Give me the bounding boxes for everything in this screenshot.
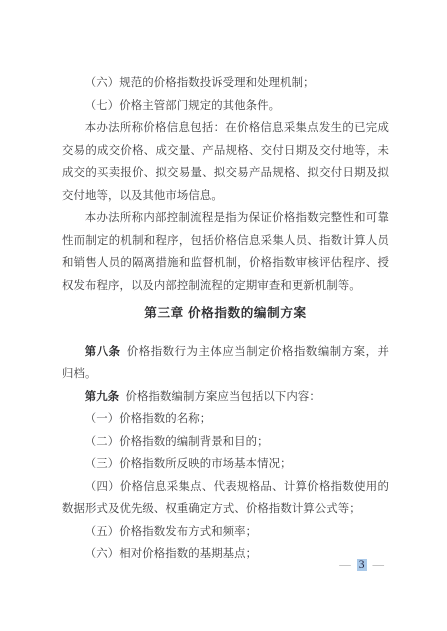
page-number-value: 3: [357, 559, 367, 571]
paragraph: （五）价格指数发布方式和频率；: [62, 521, 389, 544]
paragraph: （三）价格指数所反映的市场基本情况；: [62, 453, 389, 476]
paragraph: 本办法所称价格信息包括：在价格信息采集点发生的已完成交易的成交价格、成交量、产品…: [62, 117, 389, 207]
chapter-heading: 第三章 价格指数的编制方案: [62, 302, 389, 325]
paragraph: 第九条价格指数编制方案应当包括以下内容：: [62, 386, 389, 409]
paragraph: （六）规范的价格指数投诉受理和处理机制；: [62, 72, 389, 95]
page-number-dash-left: —: [339, 559, 351, 571]
page-number-dash-right: —: [373, 559, 385, 571]
paragraph: 第八条价格指数行为主体应当制定价格指数编制方案，并归档。: [62, 341, 389, 386]
paragraph: （二）价格指数的编制背景和目的；: [62, 431, 389, 454]
paragraph: 本办法所称内部控制流程是指为保证价格指数完整性和可靠性而制定的机制和程序，包括价…: [62, 207, 389, 297]
article-number: 第八条: [85, 346, 121, 358]
paragraph: （四）价格信息采集点、代表规格品、计算价格指数使用的数据形式及优先级、权重确定方…: [62, 476, 389, 521]
page-number: —3—: [339, 557, 384, 573]
article-number: 第九条: [85, 391, 119, 403]
document-page: （六）规范的价格指数投诉受理和处理机制；（七）价格主管部门规定的其他条件。本办法…: [0, 0, 447, 631]
paragraph: （一）价格指数的名称；: [62, 408, 389, 431]
paragraph: （七）价格主管部门规定的其他条件。: [62, 95, 389, 118]
document-body: （六）规范的价格指数投诉受理和处理机制；（七）价格主管部门规定的其他条件。本办法…: [62, 72, 389, 566]
